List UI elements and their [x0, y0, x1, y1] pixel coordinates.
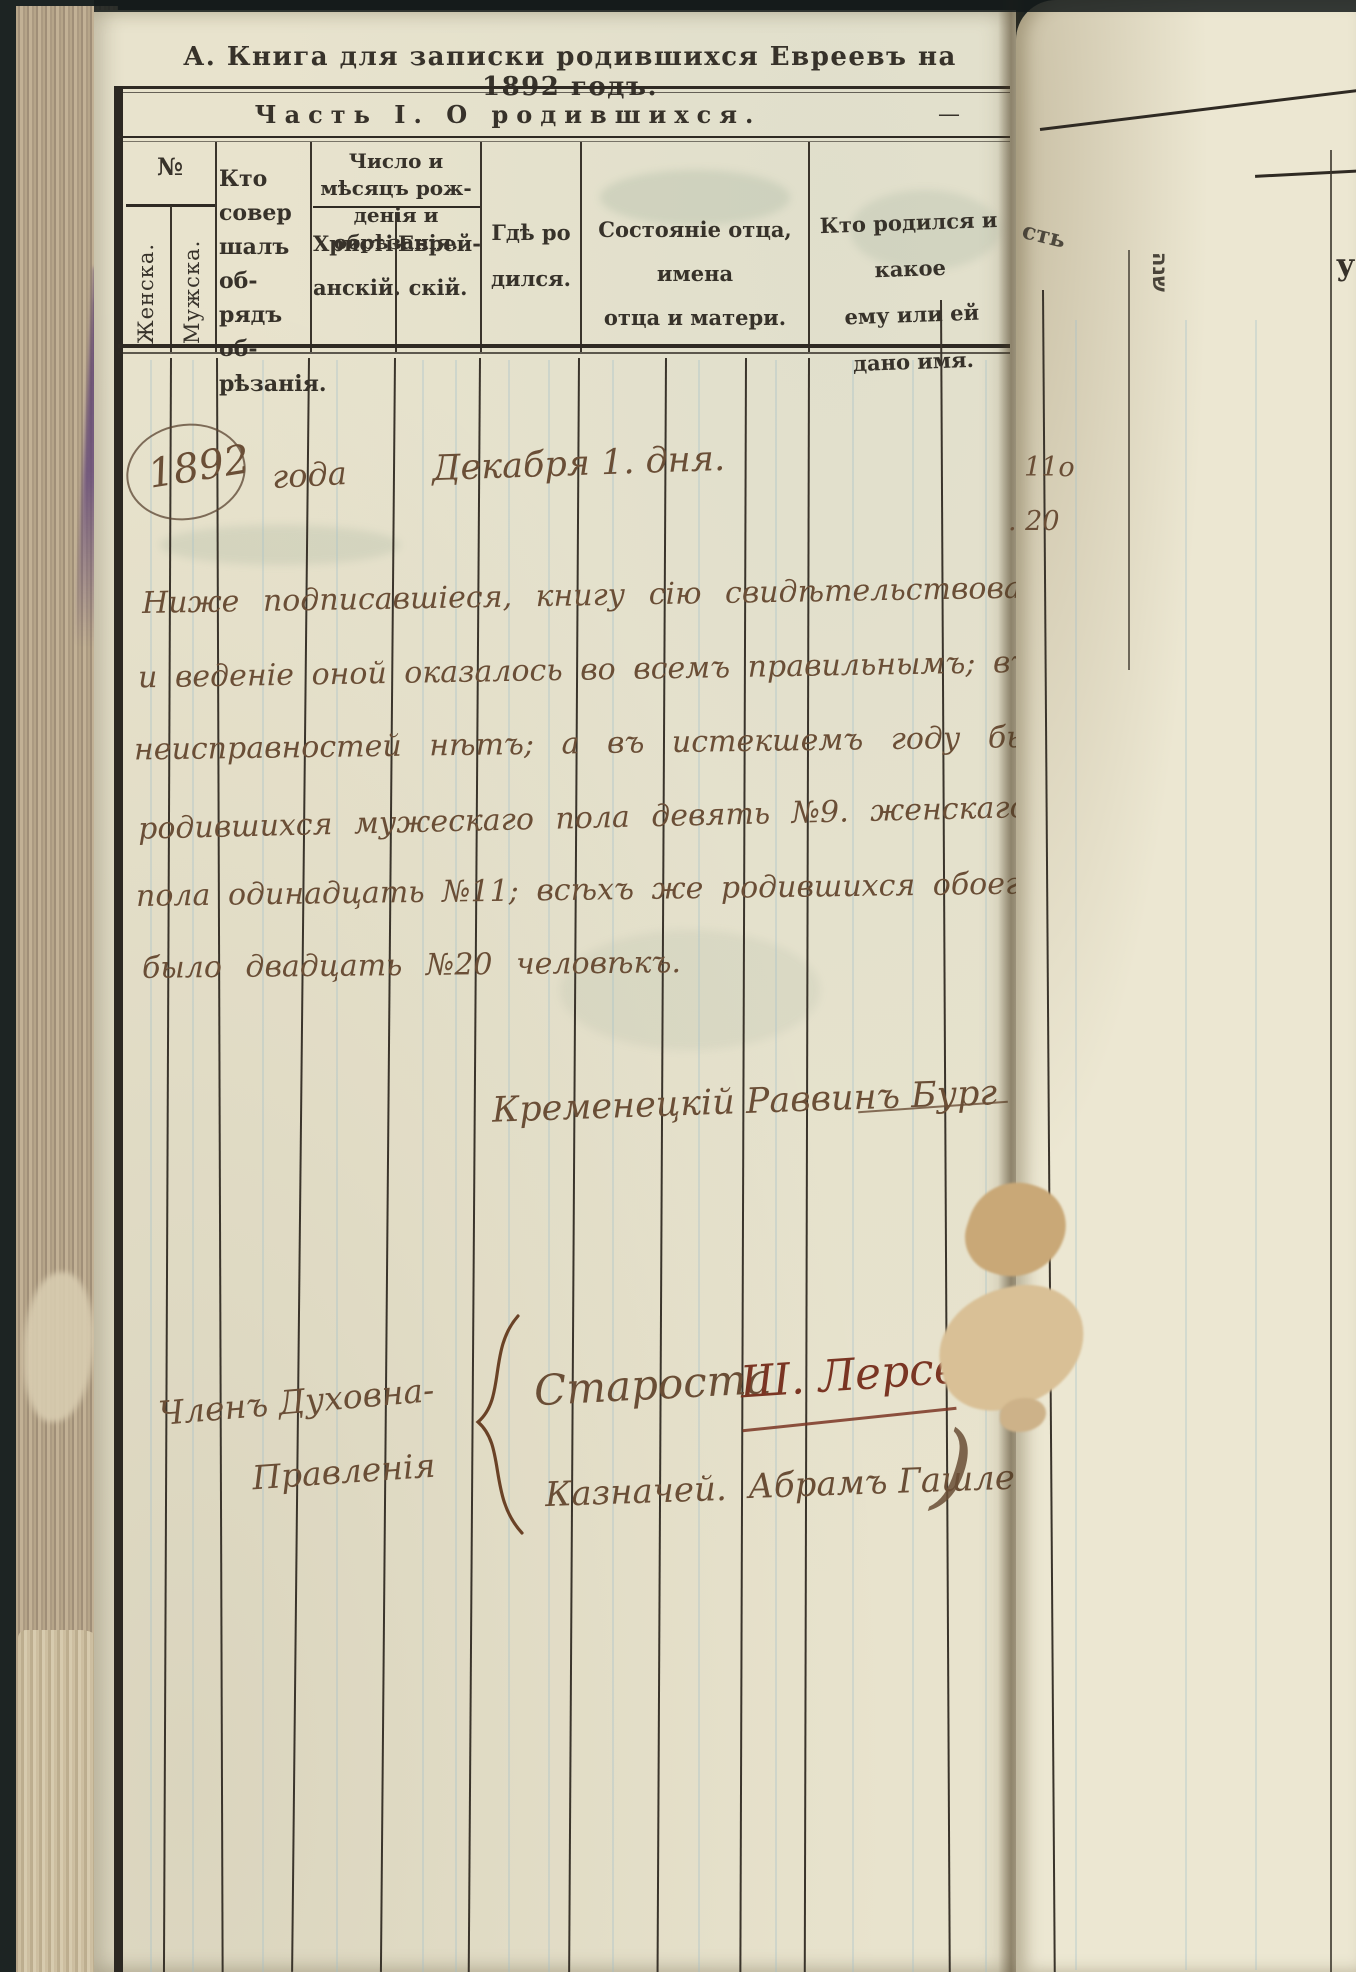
- treasurer-title: Казначей.: [544, 1469, 727, 1515]
- next-page-hebrew-label: שנה: [1148, 252, 1172, 292]
- certification-line: было двадцать №20 человѣкъ.: [142, 945, 681, 986]
- header-bottom-border-2: [118, 352, 1010, 354]
- ruled-line-blue: [1185, 320, 1187, 1970]
- bleed-through-smudge: [160, 525, 400, 565]
- header-bottom-border: [118, 344, 1010, 348]
- col-header-number: №: [126, 152, 214, 181]
- entry-year-word: года: [271, 454, 348, 496]
- scan-background-top: [94, 0, 1356, 12]
- page-title: А. Книга для записки родившихся Евреевъ …: [170, 42, 970, 102]
- col-header-birthplace: Гдѣ ро дился.: [484, 210, 578, 302]
- section-dash: —: [938, 102, 960, 127]
- next-page-partial-letter: у: [1336, 248, 1355, 283]
- col-header-father-status: Состояніе отца, имена отца и матери.: [584, 208, 806, 340]
- col-header-child-name: Кто родился и какое ему или ей дано имя.: [809, 197, 1013, 389]
- col-header-male: Мужска.: [180, 214, 204, 344]
- table-left-frame: [114, 86, 123, 1972]
- column-rule: [580, 142, 582, 352]
- col-header-officiant: Кто совер шалъ об- рядъ об- рѣзанія.: [219, 162, 309, 401]
- col-header-christian: Христі- анскій.: [313, 222, 394, 310]
- table-top-border-inner: [118, 92, 1010, 93]
- section-title-text: Часть I. О родившихся.: [255, 100, 762, 129]
- section-underline: [118, 136, 1010, 138]
- next-page-column-rule: [1128, 250, 1130, 670]
- ruled-line-blue: [1075, 320, 1077, 1970]
- brace-mark: [470, 1312, 532, 1537]
- table-top-border: [118, 86, 1010, 89]
- section-title: Часть I. О родившихся.: [118, 100, 898, 129]
- section-underline-2: [118, 141, 1010, 142]
- next-page-column-rule: [1330, 150, 1332, 1972]
- ruled-line-blue: [1255, 320, 1257, 1970]
- column-rule: [310, 142, 312, 352]
- column-rule: [215, 142, 217, 352]
- col-header-jewish: Еврей- скій.: [398, 222, 478, 310]
- column-rule: [395, 212, 397, 352]
- column-rule: [170, 206, 172, 352]
- column-rule: [480, 142, 482, 352]
- margin-mark-top: 11о: [1024, 452, 1075, 483]
- birthdate-group-underline: [313, 206, 480, 208]
- col-header-female: Женска.: [134, 214, 158, 344]
- column-rule: [808, 142, 810, 352]
- margin-mark-bottom: . 20: [1008, 506, 1060, 537]
- scanned-registry-photo: А. Книга для записки родившихся Евреевъ …: [0, 0, 1356, 1972]
